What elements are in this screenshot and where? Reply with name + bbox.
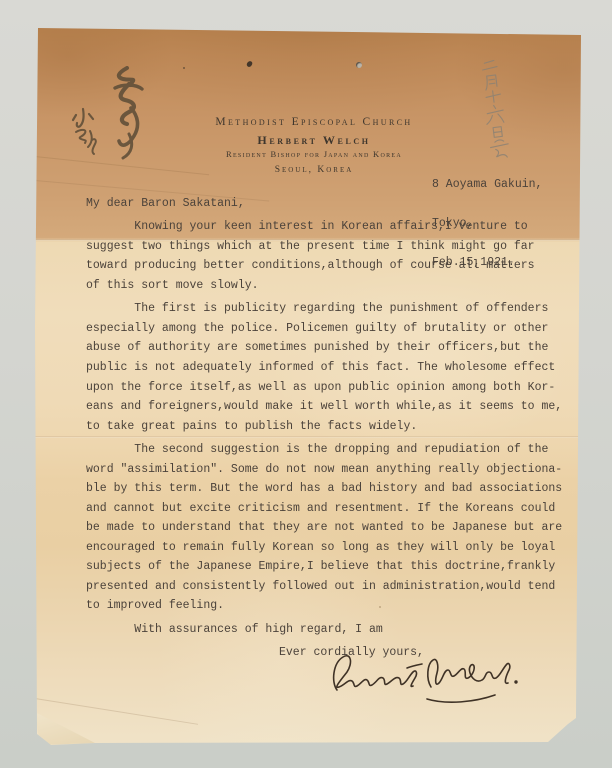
letter-line: and cannot but excite criticism and rese… <box>86 499 562 519</box>
ink-speck <box>246 60 253 68</box>
letterhead-organization: Methodist Episcopal Church <box>47 116 581 128</box>
letter-line: word "assimilation". Some do not now mea… <box>86 460 562 480</box>
letter-line: to improved feeling. <box>86 596 562 616</box>
letter-paper: Methodist Episcopal Church Herbert Welch… <box>35 26 581 748</box>
signature-herbert-welch <box>323 642 523 727</box>
letter-line: upon the force itself,as well as upon pu… <box>86 378 562 398</box>
letter-line: be made to understand that they are not … <box>86 518 562 538</box>
letter-line: ble by this term. But the word has a bad… <box>86 479 562 499</box>
salutation: My dear Baron Sakatani, <box>86 194 562 214</box>
letter-line: subjects of the Japanese Empire,I believ… <box>86 557 562 577</box>
paper-notch-speck <box>356 62 362 68</box>
letter-line: to take great pains to publish the facts… <box>86 417 562 437</box>
dateline-address: 8 Aoyama Gakuin, <box>432 178 542 191</box>
letter-line: public is not adequately informed of thi… <box>86 358 562 378</box>
letter-line: Knowing your keen interest in Korean aff… <box>86 217 562 237</box>
letter-line: suggest two things which at the present … <box>86 237 562 257</box>
letter-line: presented and consistently followed out … <box>86 577 562 597</box>
letter-line: The second suggestion is the dropping an… <box>86 440 562 460</box>
letter-photograph: Methodist Episcopal Church Herbert Welch… <box>0 0 612 768</box>
letter-line: encouraged to remain fully Korean so lon… <box>86 538 562 558</box>
letter-body: My dear Baron Sakatani, Knowing your kee… <box>86 194 562 663</box>
ink-speck <box>183 67 185 69</box>
letter-line: The first is publicity regarding the pun… <box>86 299 562 319</box>
diagonal-crease <box>35 698 198 725</box>
letter-line: eans and foreigners,would make it well w… <box>86 397 562 417</box>
letterhead-name: Herbert Welch <box>47 133 581 148</box>
letter-line: With assurances of high regard, I am <box>86 620 562 640</box>
letter-line: toward producing better conditions,altho… <box>86 256 562 276</box>
letter-line: of this sort move slowly. <box>86 276 562 296</box>
letter-line: abuse of authority are sometimes punishe… <box>86 338 562 358</box>
letter-line: especially among the police. Policemen g… <box>86 319 562 339</box>
folded-corner <box>35 710 97 746</box>
